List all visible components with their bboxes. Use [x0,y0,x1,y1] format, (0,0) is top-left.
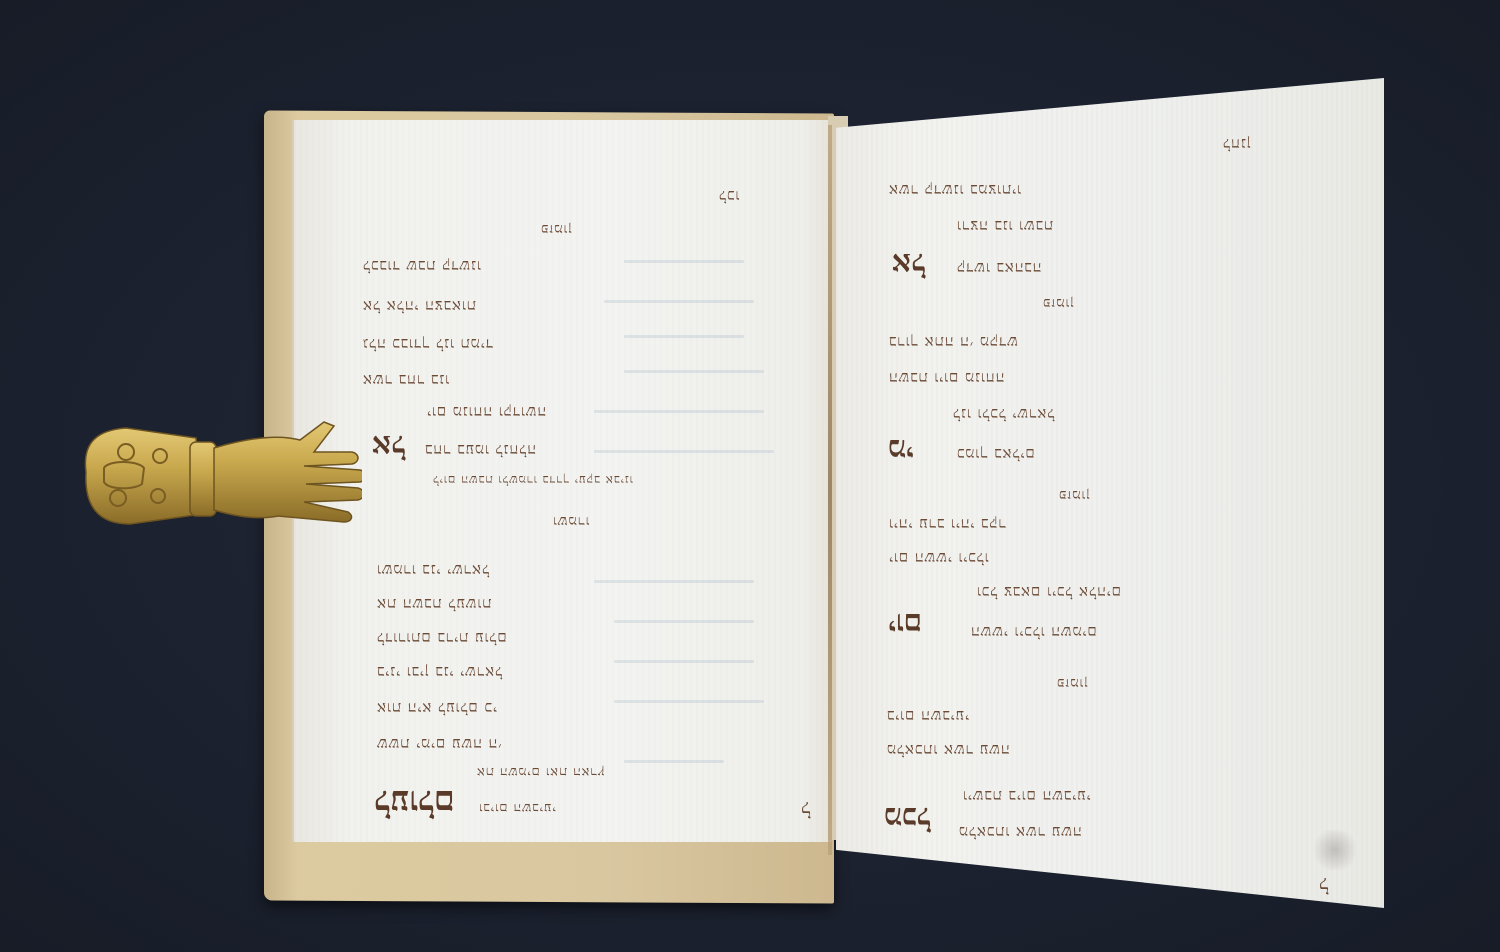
show-through-line [594,450,774,453]
section-heading: פזמון [1058,486,1090,503]
text-line: יום מנוחה וקדושה [426,402,546,421]
text-line: כמוך באלים [956,444,1035,463]
text-line: את השמים ואת הארץ [476,764,605,780]
page-stain [1310,830,1360,870]
show-through-line [594,410,764,413]
text-line: גלה כבודך לנו תמיד [362,334,493,353]
text-line: אל אלהי הצבאות [362,296,476,315]
text-line: השבת ויום מנוחה [888,368,1004,387]
initial-word: מי [888,432,914,467]
text-line: ליום השבת ולשמרו בדרך יעקב אבינו [432,472,633,487]
text-line: וביום השביעי [478,800,556,816]
text-line: אשר קדשנו במצותיו [888,180,1021,199]
section-heading: פזמון [540,220,572,237]
section-heading: ושמרו [552,512,589,529]
initial-word: לעולם [374,782,455,822]
show-through-line [614,620,754,623]
manuscript-photo: לכו פזמון לכבוד שבת קדשנו אל אלהי הצבאות… [0,0,1500,952]
gutter-sewing [828,125,832,855]
text-line: מלאכתו אשר עשה [958,822,1082,841]
text-line: ורצה בנו ושבת [956,216,1053,235]
show-through-line [624,260,744,263]
text-line: ויהי ערב ויהי בקר [888,514,1006,533]
section-heading: פזמון [1042,294,1074,311]
text-line: מלאכתו אשר עשה [886,740,1010,759]
show-through-line [614,660,754,663]
text-line: ברוך אתה ה׳ מקדש [888,332,1018,351]
text-line: קדשו באהבה [956,258,1041,277]
text-line: וישבת ביום השביעי [962,786,1091,805]
initial-word: יום [888,606,922,641]
text-line: לכבוד שבת קדשנו [362,256,481,275]
initial-word: אל [372,428,405,463]
initial-word: מכל [884,800,930,835]
text-line: לנו ולכל ישראל [952,404,1054,423]
text-line: בחר בעמו לנחלה [424,440,536,459]
show-through-line [624,760,724,763]
show-through-line [614,700,764,703]
text-line: ביני ובין בני ישראל [376,662,502,681]
right-page [836,78,1384,908]
text-line: ושמרו בני ישראל [376,560,489,579]
text-line: לדורותם ברית עולם [376,628,507,647]
text-line: וכל צבאם ויכל אלהים [976,582,1121,601]
catchword: ל [800,796,810,821]
text-line: ששת ימים עשה ה׳ [376,734,502,753]
show-through-line [594,580,754,583]
folio-mark: לחנן [1222,134,1251,153]
show-through-line [604,300,754,303]
text-line: ביום השביעי [886,706,969,725]
show-through-line [624,370,764,373]
catchword: ל [1318,872,1328,897]
text-line: יום הששי ויכלו [888,548,988,567]
text-line: אות היא לעולם כי [376,698,497,717]
initial-word: אל [892,246,925,281]
text-line: את השבת לעשות [376,594,491,613]
brass-hand-clip-icon[interactable] [78,412,362,540]
section-heading: פזמון [1056,674,1088,691]
text-line: הששי ויכלו השמים [970,622,1097,641]
folio-mark: לכו [718,186,739,205]
text-line: אשר בחר בנו [362,370,449,389]
show-through-line [624,335,744,338]
